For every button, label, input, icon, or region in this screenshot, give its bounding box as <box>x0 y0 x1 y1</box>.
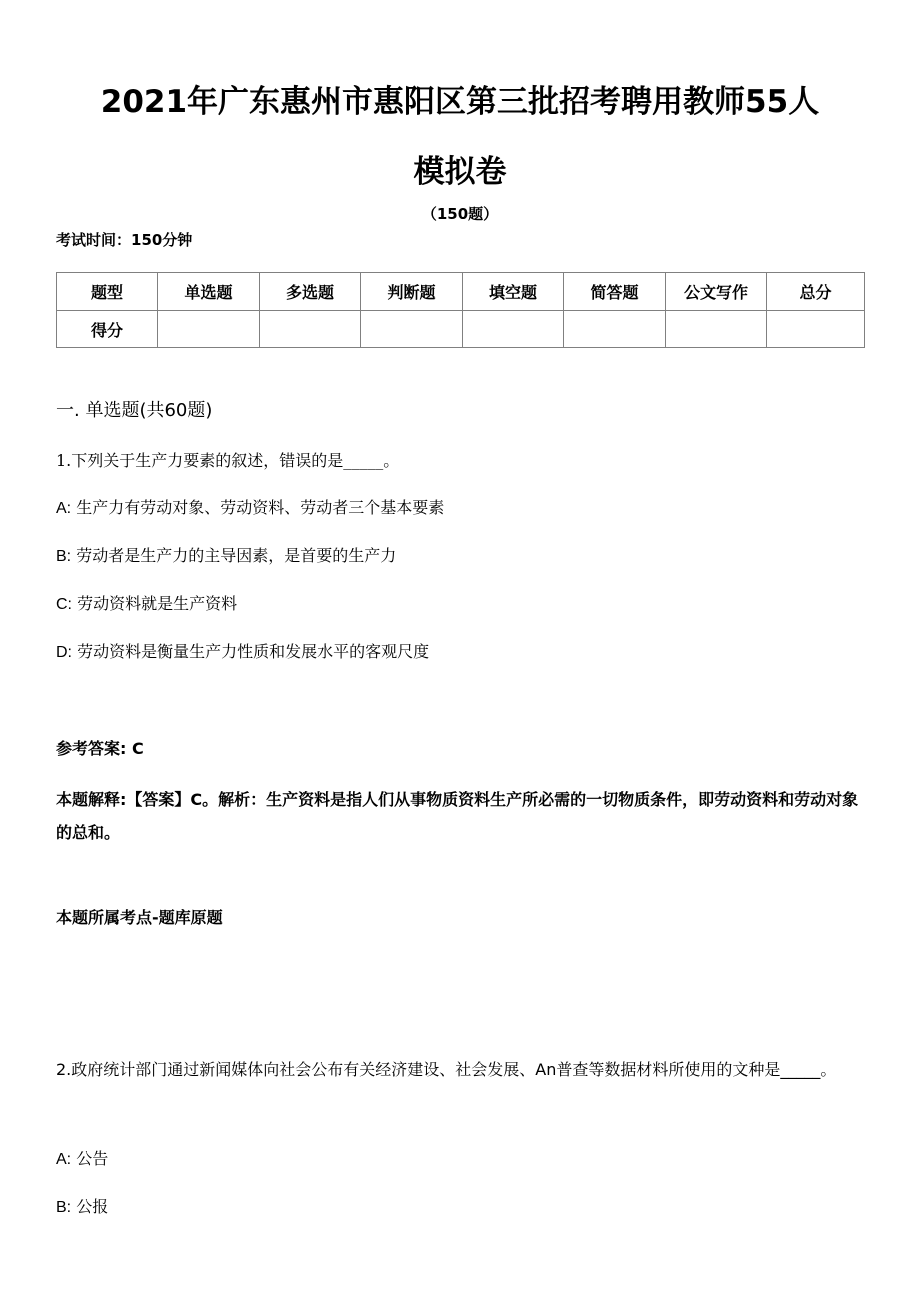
header-cell-type: 题型 <box>57 273 158 311</box>
option-label: A: <box>56 500 71 517</box>
header-cell-total: 总分 <box>767 273 865 311</box>
score-cell <box>361 311 463 348</box>
option-label: B: <box>56 1199 71 1216</box>
question-1-option-a: A: 生产力有劳动对象、劳动资料、劳动者三个基本要素 <box>56 495 444 518</box>
score-cell <box>666 311 767 348</box>
option-text: 劳动资料是衡量生产力性质和发展水平的客观尺度 <box>77 642 429 661</box>
section-title: 一. 单选题(共60题) <box>56 396 212 422</box>
score-table-score-row: 得分 <box>57 311 865 348</box>
score-cell <box>463 311 564 348</box>
question-2-stem: 2.政府统计部门通过新闻媒体向社会公布有关经济建设、社会发展、An普查等数据材料… <box>56 1044 868 1096</box>
header-cell-multiple-choice: 多选题 <box>260 273 361 311</box>
question-count: （150题） <box>0 203 920 224</box>
row-label-score: 得分 <box>57 311 158 348</box>
document-title-line2: 模拟卷 <box>0 146 920 191</box>
header-cell-true-false: 判断题 <box>361 273 463 311</box>
question-1-answer: 参考答案: C <box>56 736 144 759</box>
option-text: 劳动资料就是生产资料 <box>77 594 237 613</box>
option-text: 劳动者是生产力的主导因素，是首要的生产力 <box>76 546 396 565</box>
question-1-topic: 本题所属考点-题库原题 <box>56 905 223 928</box>
question-2-option-a: A: 公告 <box>56 1146 108 1169</box>
question-1-explanation: 本题解释:【答案】C。解析：生产资料是指人们从事物质资料生产所必需的一切物质条件… <box>56 783 868 849</box>
option-label: C: <box>56 596 72 613</box>
header-cell-fill-blank: 填空题 <box>463 273 564 311</box>
question-1-option-c: C: 劳动资料就是生产资料 <box>56 591 237 614</box>
option-label: D: <box>56 644 72 661</box>
score-cell <box>158 311 260 348</box>
question-1-option-d: D: 劳动资料是衡量生产力性质和发展水平的客观尺度 <box>56 639 429 662</box>
score-cell <box>260 311 361 348</box>
question-2-option-b: B: 公报 <box>56 1194 108 1217</box>
option-label: B: <box>56 548 71 565</box>
question-1-stem: 1.下列关于生产力要素的叙述，错误的是_____。 <box>56 448 399 471</box>
header-cell-single-choice: 单选题 <box>158 273 260 311</box>
option-text: 生产力有劳动对象、劳动资料、劳动者三个基本要素 <box>76 498 444 517</box>
document-title-line1: 2021年广东惠州市惠阳区第三批招考聘用教师55人 <box>0 76 920 121</box>
score-table-header-row: 题型 单选题 多选题 判断题 填空题 简答题 公文写作 总分 <box>57 273 865 311</box>
option-label: A: <box>56 1151 71 1168</box>
header-cell-official-writing: 公文写作 <box>666 273 767 311</box>
score-cell <box>767 311 865 348</box>
score-table: 题型 单选题 多选题 判断题 填空题 简答题 公文写作 总分 得分 <box>56 272 865 348</box>
score-cell <box>564 311 666 348</box>
header-cell-short-answer: 简答题 <box>564 273 666 311</box>
option-text: 公报 <box>76 1197 108 1216</box>
option-text: 公告 <box>76 1149 108 1168</box>
question-1-option-b: B: 劳动者是生产力的主导因素，是首要的生产力 <box>56 543 396 566</box>
exam-time: 考试时间：150分钟 <box>56 229 192 250</box>
